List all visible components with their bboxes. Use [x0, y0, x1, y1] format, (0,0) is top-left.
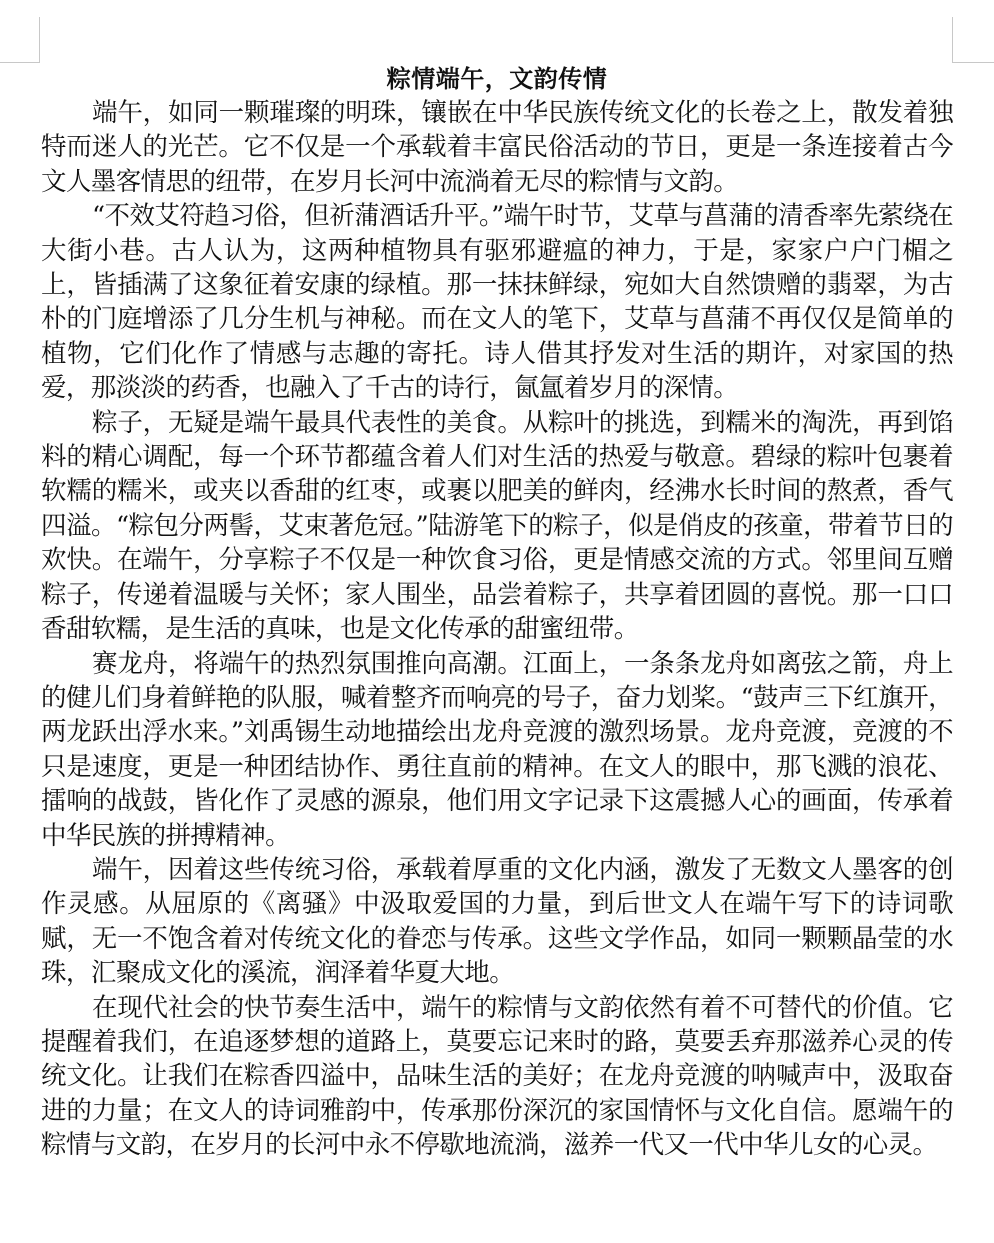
- document-page: 粽情端午，文韵传情 端午，如同一颗璀璨的明珠，镶嵌在中华民族传统文化的长卷之上，…: [41, 62, 953, 1163]
- document-title: 粽情端午，文韵传情: [41, 62, 953, 96]
- paragraph-literature: 端午，因着这些传统习俗，承载着厚重的文化内涵，激发了无数文人墨客的创作灵感。从屈…: [41, 853, 953, 991]
- paragraph-conclusion: 在现代社会的快节奏生活中，端午的粽情与文韵依然有着不可替代的价值。它提醒着我们，…: [41, 991, 953, 1163]
- paragraph-intro: 端午，如同一颗璀璨的明珠，镶嵌在中华民族传统文化的长卷之上，散发着独特而迷人的光…: [41, 96, 953, 199]
- paragraph-zongzi: 粽子，无疑是端午最具代表性的美食。从粽叶的挑选，到糯米的淘洗，再到馅料的精心调配…: [41, 406, 953, 647]
- page-corner-mark-top-left: [0, 17, 40, 63]
- paragraph-dragon-boat: 赛龙舟，将端午的热烈氛围推向高潮。江面上，一条条龙舟如离弦之箭，舟上的健儿们身着…: [41, 647, 953, 853]
- page-corner-mark-top-right: [952, 17, 994, 63]
- paragraph-mugwort-calamus: “不效艾符趋习俗，但祈蒲酒话升平。”端午时节，艾草与菖蒲的清香率先萦绕在大街小巷…: [41, 199, 953, 405]
